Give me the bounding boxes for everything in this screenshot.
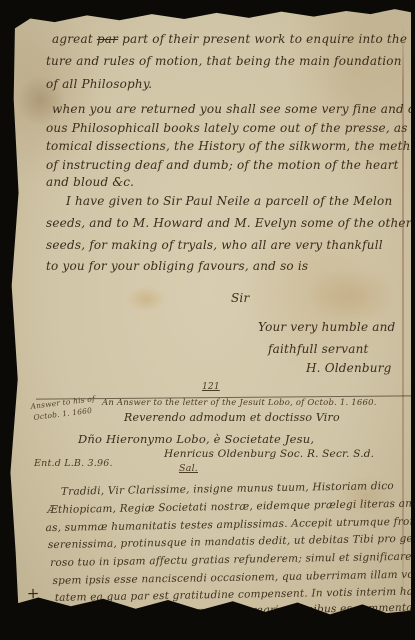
latin-line: Tradidi, Vir Clarissime, insigne munus t… xyxy=(61,480,394,498)
latin-line: spem ipsis esse nanciscendi occasionem, … xyxy=(52,568,415,587)
latin-paragraph: Tradidi, Vir Clarissime, insigne munus t… xyxy=(0,0,415,640)
latin-line: serenissima, protinusque in mandatis ded… xyxy=(48,532,415,551)
manuscript-page: agreat par part of their present work to… xyxy=(6,6,411,628)
latin-line: roso tuo in ipsam affectu gratias refund… xyxy=(50,550,415,569)
latin-line: bent, ut ea quæ imposterum de peregrinat… xyxy=(61,601,415,620)
latin-line: tatem ea qua par est gratitudine compens… xyxy=(55,586,415,604)
cross-mark: + xyxy=(27,584,40,602)
latin-line: as, summæ humanitatis testes amplissimas… xyxy=(45,515,415,534)
latin-line: Æthiopicam, Regiæ Societati nostræ, eide… xyxy=(47,497,415,516)
manuscript-photo: agreat par part of their present work to… xyxy=(0,0,415,640)
